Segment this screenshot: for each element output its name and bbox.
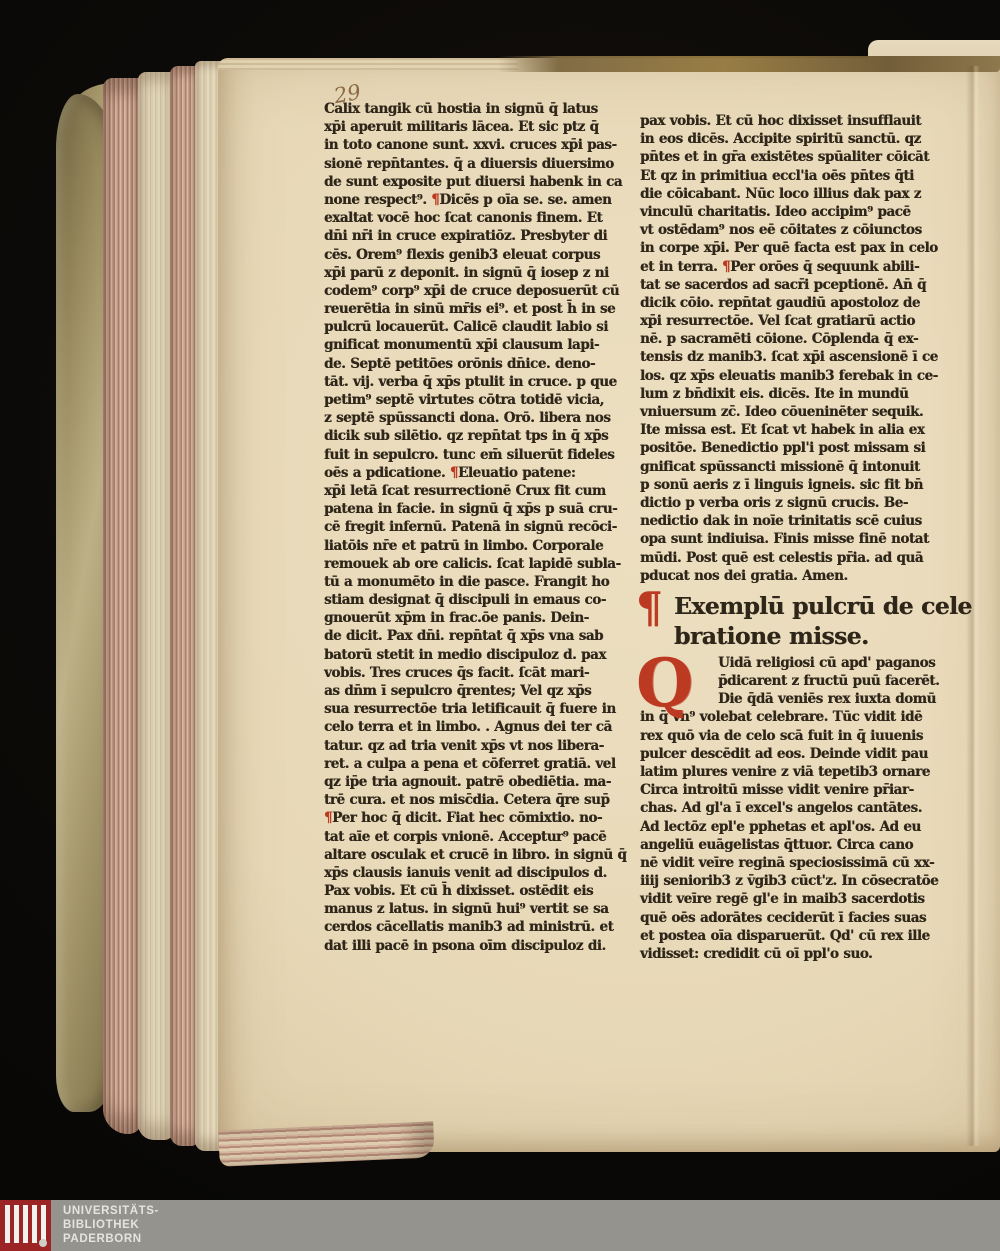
text-line: positōe. Benedictio ppl'i post missam si [640, 439, 962, 457]
text-line: quē oēs adorātes ceciderūt ī facies suas [640, 909, 962, 927]
text-line: celo terra et in limbo. . Agnus dei ter … [324, 718, 642, 736]
text-line: xp̄s clausis ianuis venit ad discipulos … [324, 864, 642, 882]
text-line: gnificat monumentū xp̄i clausum lapi- [324, 336, 642, 354]
text-run: vt ostēdam⁹ nos eē cōitates z cōiunctos [640, 222, 922, 238]
page-edge-stack-cream-1 [138, 72, 174, 1140]
text-line: opa sunt indiuisa. Finis misse finē nota… [640, 530, 962, 548]
rubric-pilcrow-icon: ¶ [324, 810, 332, 826]
text-run: Ite missa est. Et ſcat vt habek in alia … [640, 422, 924, 438]
text-line: xp̄i resurrectōe. Vel ſcat gratiarū acti… [640, 312, 962, 330]
text-run: in toto canone sunt. xxvi. cruces xp̄i p… [324, 137, 617, 153]
top-edge-stain [498, 56, 1000, 72]
text-line: tatur. qz ad tria venit xp̄s vt nos libe… [324, 737, 642, 755]
text-run: lum z bn̄dixit eis. dicēs. Ite in mundū [640, 386, 908, 402]
text-run: cēs. Orem⁹ flexis genib3 eleuat corpus [324, 247, 600, 263]
text-run: exaltat vocē hoc ſcat canonis finem. Et [324, 210, 602, 226]
text-run: tensis dz manib3. ſcat xp̄i ascensionē ī… [640, 349, 938, 365]
text-line: gnouerūt xp̄m in frac.ōe panis. Dein- [324, 609, 642, 627]
text-run: tatur. qz ad tria venit xp̄s vt nos libe… [324, 738, 604, 754]
text-line: nedictio dak in noīe trinitatis scē cuiu… [640, 512, 962, 530]
text-run: los. qz xp̄s eleuatis manib3 ferebak in … [640, 368, 938, 384]
text-line: tat aīe et corpis vnionē. Acceptur⁹ pacē [324, 828, 642, 846]
text-run: de sunt exposite put diuersi habenk in c… [324, 174, 622, 190]
text-line: pulcer descēdit ad eos. Deinde vidit pau [640, 745, 962, 763]
text-run: angeliū euāgelistas q̄ttuor. Circa cano [640, 837, 913, 853]
logo-bar-icon [41, 1205, 46, 1243]
text-line: codem⁹ corp⁹ xp̄i de cruce deposuerūt cū [324, 282, 642, 300]
book-scan-backdrop: 29 Calix tangik cū hostia in signū q̄ la… [0, 0, 1000, 1251]
text-run: vidit veīre regē gl'e in maib3 sacerdoti… [640, 891, 924, 907]
text-run: pn̄tes et in gr̄a existētes spūaliter cō… [640, 149, 929, 165]
text-line: cē fregit infernū. Patenā in signū recōc… [324, 518, 642, 536]
watermark-line-2: BIBLIOTHEK [63, 1219, 159, 1233]
text-line: et postea oīa disparuerūt. Qd' cū rex il… [640, 927, 962, 945]
logo-bar-icon [32, 1205, 37, 1243]
text-line: trē cura. et nos misc̄dia. Cetera q̄re s… [324, 791, 642, 809]
text-run: gnouerūt xp̄m in frac.ōe panis. Dein- [324, 610, 589, 626]
text-line: reuerētia in sinū mr̄is ei⁹. et post h̄ … [324, 300, 642, 318]
text-line: vobis. Tres cruces q̄s facit. ſcāt mari- [324, 664, 642, 682]
text-line: pn̄tes et in gr̄a existētes spūaliter cō… [640, 148, 962, 166]
text-line: dn̄i nr̄i in cruce expiratiōz. Presbyter… [324, 227, 642, 245]
text-run: vniuersum zc̄. Ideo cōueninēter sequik. [640, 404, 923, 420]
text-run: remouek ab ore calicis. ſcat lapidē subl… [324, 556, 621, 572]
text-run: et in terra. [640, 259, 722, 275]
text-line: rex quō via de celo scā fuit in q̄ iuuen… [640, 727, 962, 745]
logo-bar-icon [5, 1205, 10, 1243]
text-run: mūdi. Post quē est celestis pr̄ia. ad qu… [640, 550, 923, 566]
text-run: opa sunt indiuisa. Finis misse finē nota… [640, 531, 929, 547]
text-line: Calix tangik cū hostia in signū q̄ latus [324, 100, 642, 118]
text-line: iiij seniorib3 z v̄gib3 cūct'z. In cōsec… [640, 872, 962, 890]
text-line: xp̄i aperuit militaris lācea. Et sic ptz… [324, 118, 642, 136]
text-line: cerdos cācellatis manib3 ad ministrū. et [324, 918, 642, 936]
text-run: batorū stetit in medio discipuloz d. pax [324, 647, 606, 663]
text-line: cēs. Orem⁹ flexis genib3 eleuat corpus [324, 246, 642, 264]
text-line: vt ostēdam⁹ nos eē cōitates z cōiunctos [640, 221, 962, 239]
text-run: qz ip̄e tria agnouit. patrē obediētia. m… [324, 774, 611, 790]
text-line: tat se sacerdos ad sacr̄i pceptionē. An̄… [640, 276, 962, 294]
text-run: pulcrū locauerūt. Calicē claudit labio s… [324, 319, 608, 335]
text-run: xp̄i parū z deponit. in signū q̄ iosep z… [324, 265, 609, 281]
text-line: none respect⁹. ¶Dicēs p oīa se. se. amen [324, 191, 642, 209]
text-run: xp̄i resurrectōe. Vel ſcat gratiarū acti… [640, 313, 915, 329]
text-run: pulcer descēdit ad eos. Deinde vidit pau [640, 746, 928, 762]
exemplum-paragraph: Q Uidā religiosi cū apd' paganosp̄dicare… [640, 654, 962, 963]
text-line: Pax vobis. Et cū h̄ dixisset. ostēdit ei… [324, 882, 642, 900]
text-line: dictio p verba oris z signū crucis. Be- [640, 494, 962, 512]
text-run: positōe. Benedictio ppl'i post missam si [640, 440, 925, 456]
text-line: patena in facie. in signū q̄ xp̄s p suā … [324, 500, 642, 518]
text-run: celo terra et in limbo. . Agnus dei ter … [324, 719, 612, 735]
text-line: vidisset: credidit cū oī ppl'o suo. [640, 945, 962, 963]
text-run: tat se sacerdos ad sacr̄i pceptionē. An̄… [640, 277, 926, 293]
text-run: gnificat spūssancti missionē q̄ intonuit [640, 459, 920, 475]
text-run: nedictio dak in noīe trinitatis scē cuiu… [640, 513, 922, 529]
text-line: Ad lectōz epl'e pphetas et apl'os. Ad eu [640, 818, 962, 836]
text-run: xp̄i letā ſcat resurrectionē Crux fit cu… [324, 483, 606, 499]
chapter-heading: ¶Exemplū pulcrū de cele bratione misse. [640, 591, 962, 651]
text-run: Pax vobis. Et cū h̄ dixisset. ostēdit ei… [324, 883, 593, 899]
text-line: pulcrū locauerūt. Calicē claudit labio s… [324, 318, 642, 336]
text-run: manus z latus. in signū hui⁹ vertit se s… [324, 901, 608, 917]
text-line: angeliū euāgelistas q̄ttuor. Circa cano [640, 836, 962, 854]
text-run: sua resurrectōe tria letificauit q̄ fuer… [324, 701, 616, 717]
text-line: de dicit. Pax dn̄i. repn̄tat q̄ xp̄s vna… [324, 627, 642, 645]
page-edge-stack-red-1 [103, 78, 142, 1134]
logo-bar-icon [23, 1205, 28, 1243]
right-column-upper-text: pax vobis. Et cū hoc dixisset insufflaui… [640, 112, 962, 585]
text-line: in corpe xp̄i. Per quē facta est pax in … [640, 239, 962, 257]
text-run: xp̄i aperuit militaris lācea. Et sic ptz… [324, 119, 599, 135]
text-line: chas. Ad gl'a ī excel's angelos cantātes… [640, 799, 962, 817]
text-run: de dicit. Pax dn̄i. repn̄tat q̄ xp̄s vna… [324, 628, 603, 644]
text-run: p sonū aeris z ī linguis igneis. sic fit… [640, 477, 923, 493]
text-run: ret. a culpa a pena et cōferret gratiā. … [324, 756, 616, 772]
text-run: Calix tangik cū hostia in signū q̄ latus [324, 101, 598, 117]
text-line: pax vobis. Et cū hoc dixisset insufflaui… [640, 112, 962, 130]
text-run: dictio p verba oris z signū crucis. Be- [640, 495, 908, 511]
text-line: vinculū charitatis. Ideo accipim⁹ pacē [640, 203, 962, 221]
text-line: ¶Per hoc q̄ dicit. Fiat hec cōmixtio. no… [324, 809, 642, 827]
text-line: dicik cōio. repn̄tat gaudiū apostoloz de [640, 294, 962, 312]
text-run: die cōicabant. Nūc loco illius dak pax z [640, 186, 921, 202]
ub-paderborn-logo-icon [0, 1200, 51, 1251]
text-run: dicik sub silētio. qz repn̄tat tps in q̄… [324, 428, 608, 444]
book-page: 29 Calix tangik cū hostia in signū q̄ la… [218, 58, 1000, 1152]
rubric-dropcap-initial: Q [636, 655, 693, 711]
text-line: latim plures venire z viā tepetib3 ornar… [640, 763, 962, 781]
text-run: oēs a pdicatione. [324, 465, 450, 481]
text-run: et postea oīa disparuerūt. Qd' cū rex il… [640, 928, 930, 944]
top-edge-page-lines [218, 58, 518, 70]
text-line: batorū stetit in medio discipuloz d. pax [324, 646, 642, 664]
text-line: manus z latus. in signū hui⁹ vertit se s… [324, 900, 642, 918]
text-run: Dicēs p oīa se. se. amen [439, 192, 611, 208]
text-run: Ad lectōz epl'e pphetas et apl'os. Ad eu [640, 819, 921, 835]
text-line: tū a monumēto in die pasce. Frangit ho [324, 573, 642, 591]
text-run: sionē repn̄tantes. q̄ a diuersis diuersi… [324, 156, 614, 172]
text-line: in eos dicēs. Accipite spiritū sanctū. q… [640, 130, 962, 148]
text-run: latim plures venire z viā tepetib3 ornar… [640, 764, 930, 780]
logo-bar-icon [14, 1205, 19, 1243]
rubric-pilcrow-icon: ¶ [722, 259, 730, 275]
text-run: chas. Ad gl'a ī excel's angelos cantātes… [640, 800, 922, 816]
text-run: cerdos cācellatis manib3 ad ministrū. et [324, 919, 613, 935]
text-line: vidit veīre regē gl'e in maib3 sacerdoti… [640, 890, 962, 908]
text-line: tensis dz manib3. ſcat xp̄i ascensionē ī… [640, 348, 962, 366]
text-run: dicik cōio. repn̄tat gaudiū apostoloz de [640, 295, 920, 311]
text-line: vniuersum zc̄. Ideo cōueninēter sequik. [640, 403, 962, 421]
watermark-text: UNIVERSITÄTS- BIBLIOTHEK PADERBORN [63, 1205, 159, 1246]
text-line: qz ip̄e tria agnouit. patrē obediētia. m… [324, 773, 642, 791]
text-run: iiij seniorib3 z v̄gib3 cūct'z. In cōsec… [640, 873, 938, 889]
text-line: p sonū aeris z ī linguis igneis. sic fit… [640, 476, 962, 494]
text-run: stiam designat q̄ discipuli in emaus co- [324, 592, 606, 608]
rubric-pilcrow-icon: ¶ [450, 465, 458, 481]
text-line: sua resurrectōe tria letificauit q̄ fuer… [324, 700, 642, 718]
text-line: de. Septē petitōes orōnis dn̄ice. deno- [324, 355, 642, 373]
text-run: rex quō via de celo scā fuit in q̄ iuuen… [640, 728, 923, 744]
text-line: exaltat vocē hoc ſcat canonis finem. Et [324, 209, 642, 227]
text-line: nē vidit veīre reginā speciosissimā cū x… [640, 854, 962, 872]
text-line: pducat nos dei gratia. Amen. [640, 567, 962, 585]
text-run: nē. p sacramēti cōione. Cōplenda q̄ ex- [640, 331, 918, 347]
text-run: de. Septē petitōes orōnis dn̄ice. deno- [324, 356, 595, 372]
text-line: die cōicabant. Nūc loco illius dak pax z [640, 185, 962, 203]
text-run: patena in facie. in signū q̄ xp̄s p suā … [324, 501, 617, 517]
text-run: z septē spūssancti dona. Orō. libera nos [324, 410, 610, 426]
text-run: reuerētia in sinū mr̄is ei⁹. et post h̄ … [324, 301, 615, 317]
text-run: Per orōes q̄ sequunk abili- [730, 259, 919, 275]
text-run: vobis. Tres cruces q̄s facit. ſcāt mari- [324, 665, 589, 681]
text-line: in toto canone sunt. xxvi. cruces xp̄i p… [324, 136, 642, 154]
text-line: altare osculak et crucē in libro. in sig… [324, 846, 642, 864]
text-line: fuit in sepulcro. tunc em̄ siluerūt fide… [324, 446, 642, 464]
text-run: xp̄s clausis ianuis venit ad discipulos … [324, 865, 607, 881]
text-run: vidisset: credidit cū oī ppl'o suo. [640, 946, 872, 962]
watermark-line-1: UNIVERSITÄTS- [63, 1205, 159, 1219]
text-line: Ite missa est. Et ſcat vt habek in alia … [640, 421, 962, 439]
text-line: sionē repn̄tantes. q̄ a diuersis diuersi… [324, 155, 642, 173]
rubric-pilcrow-large-icon: ¶ [636, 587, 662, 629]
heading-line-1: ¶Exemplū pulcrū de cele [674, 591, 962, 621]
text-run: trē cura. et nos misc̄dia. Cetera q̄re s… [324, 792, 609, 808]
text-column-right: pax vobis. Et cū hoc dixisset insufflaui… [640, 112, 962, 963]
text-line: xp̄i letā ſcat resurrectionē Crux fit cu… [324, 482, 642, 500]
text-line: mūdi. Post quē est celestis pr̄ia. ad qu… [640, 549, 962, 567]
text-run: as dn̄m ī sepulcro q̄rentes; Vel qz xp̄s [324, 683, 591, 699]
text-line: Et qz in primitiua eccl'ia oēs pn̄tes q̄… [640, 167, 962, 185]
text-run: tū a monumēto in die pasce. Frangit ho [324, 574, 609, 590]
text-line: remouek ab ore calicis. ſcat lapidē subl… [324, 555, 642, 573]
text-line: petim⁹ septē virtutes cōtra totidē vicia… [324, 391, 642, 409]
text-line: z septē spūssancti dona. Orō. libera nos [324, 409, 642, 427]
heading-line-2: bratione misse. [674, 621, 962, 651]
text-run: dat illi pacē in psona oīm discipuloz di… [324, 938, 606, 954]
text-run: tāt. vij. verba q̄ xp̄s ptulit in cruce.… [324, 374, 617, 390]
text-run: dn̄i nr̄i in cruce expiratiōz. Presbyter… [324, 228, 607, 244]
text-run: vinculū charitatis. Ideo accipim⁹ pacē [640, 204, 911, 220]
text-run: Per hoc q̄ dicit. Fiat hec cōmixtio. no- [332, 810, 602, 826]
text-run: Et qz in primitiua eccl'ia oēs pn̄tes q̄… [640, 168, 914, 184]
text-line: nē. p sacramēti cōione. Cōplenda q̄ ex- [640, 330, 962, 348]
heading-text-1: Exemplū pulcrū de cele [674, 592, 972, 620]
text-run: none respect⁹. [324, 192, 431, 208]
text-line: los. qz xp̄s eleuatis manib3 ferebak in … [640, 367, 962, 385]
text-line: dat illi pacē in psona oīm discipuloz di… [324, 937, 642, 955]
text-line: Circa introitū misse vidit venire pr̄iar… [640, 781, 962, 799]
text-run: petim⁹ septē virtutes cōtra totidē vicia… [324, 392, 604, 408]
text-line: stiam designat q̄ discipuli in emaus co- [324, 591, 642, 609]
text-run: pax vobis. Et cū hoc dixisset insufflaui… [640, 113, 921, 129]
text-line: liatōis nr̄e et patrū in limbo. Corporal… [324, 537, 642, 555]
text-line: as dn̄m ī sepulcro q̄rentes; Vel qz xp̄s [324, 682, 642, 700]
text-run: liatōis nr̄e et patrū in limbo. Corporal… [324, 538, 603, 554]
logo-dot-icon [39, 1239, 47, 1247]
text-run: tat aīe et corpis vnionē. Acceptur⁹ pacē [324, 829, 606, 845]
text-run: cē fregit infernū. Patenā in signū recōc… [324, 519, 617, 535]
text-run: pducat nos dei gratia. Amen. [640, 568, 848, 584]
text-line: gnificat spūssancti missionē q̄ intonuit [640, 458, 962, 476]
text-line: oēs a pdicatione. ¶Eleuatio patene: [324, 464, 642, 482]
text-line: ret. a culpa a pena et cōferret gratiā. … [324, 755, 642, 773]
text-run: in eos dicēs. Accipite spiritū sanctū. q… [640, 131, 921, 147]
text-line: de sunt exposite put diuersi habenk in c… [324, 173, 642, 191]
text-line: xp̄i parū z deponit. in signū q̄ iosep z… [324, 264, 642, 282]
text-run: Eleuatio patene: [458, 465, 575, 481]
heading-text-2: bratione misse. [674, 622, 869, 650]
text-run: in corpe xp̄i. Per quē facta est pax in … [640, 240, 938, 256]
text-run: Die q̄dā veniēs rex iuxta domū [718, 691, 936, 707]
text-column-left: Calix tangik cū hostia in signū q̄ latus… [324, 100, 642, 955]
text-run: nē vidit veīre reginā speciosissimā cū x… [640, 855, 934, 871]
text-run: codem⁹ corp⁹ xp̄i de cruce deposuerūt cū [324, 283, 619, 299]
text-line: tāt. vij. verba q̄ xp̄s ptulit in cruce.… [324, 373, 642, 391]
text-run: quē oēs adorātes ceciderūt ī facies suas [640, 910, 926, 926]
text-line: et in terra. ¶Per orōes q̄ sequunk abili… [640, 258, 962, 276]
text-run: Uidā religiosi cū apd' paganos [718, 655, 935, 671]
text-run: gnificat monumentū xp̄i clausum lapi- [324, 337, 599, 353]
text-run: altare osculak et crucē in libro. in sig… [324, 847, 626, 863]
story-lines: in q̄ vn⁹ volebat celebrare. Tūc vidit i… [640, 708, 962, 963]
text-run: Circa introitū misse vidit venire pr̄iar… [640, 782, 914, 798]
text-run: fuit in sepulcro. tunc em̄ siluerūt fide… [324, 447, 614, 463]
watermark-line-3: PADERBORN [63, 1233, 159, 1247]
text-run: p̄dicarent z fructū puū facerēt. [718, 673, 939, 689]
text-line: dicik sub silētio. qz repn̄tat tps in q̄… [324, 427, 642, 445]
text-line: lum z bn̄dixit eis. dicēs. Ite in mundū [640, 385, 962, 403]
